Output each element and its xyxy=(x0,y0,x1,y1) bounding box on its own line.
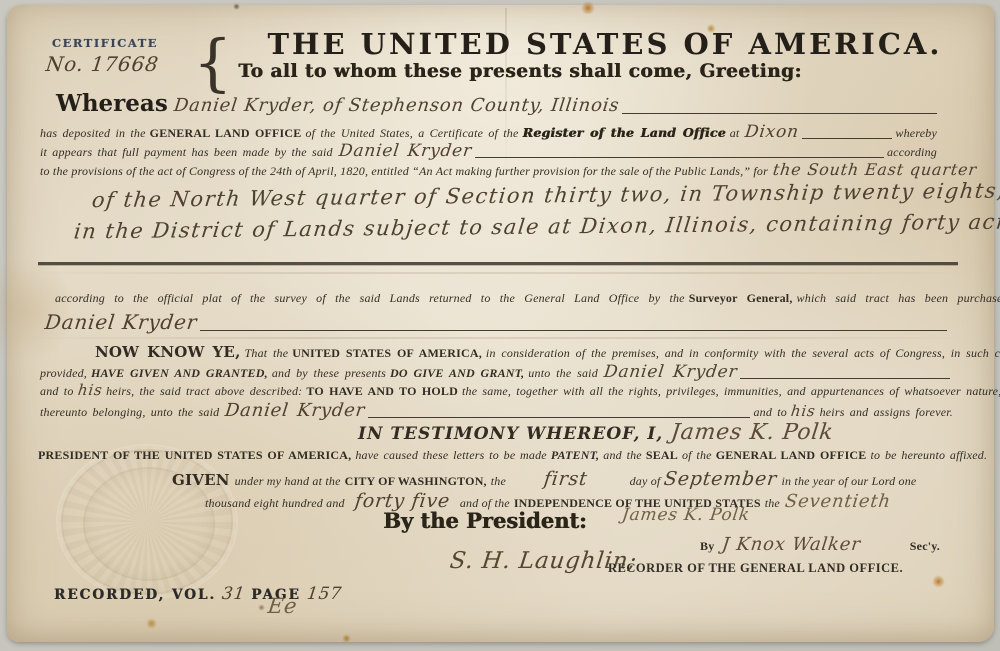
day-hw: first xyxy=(543,468,589,490)
fill-line xyxy=(740,378,950,379)
plat-line: according to the official plat of the su… xyxy=(55,291,950,306)
certificate-label-row: CERTIFICATE xyxy=(52,36,158,50)
text: whereby xyxy=(895,126,937,141)
text: and to xyxy=(753,405,787,420)
testimony-text: IN TESTIMONY WHEREOF, I, xyxy=(358,424,663,444)
fill-line xyxy=(475,157,884,158)
fill-line xyxy=(368,417,750,418)
text: of the xyxy=(682,448,712,463)
fill-line xyxy=(802,138,892,139)
text-bold: HAVE GIVEN AND GRANTED, xyxy=(91,366,268,381)
fill-line xyxy=(200,330,947,331)
payment-line: it appears that full payment has been ma… xyxy=(40,141,937,161)
text: thousand eight hundred and xyxy=(205,496,345,511)
whereas-line: Whereas Daniel Kryder, of Stephenson Cou… xyxy=(56,90,940,117)
certificate-label: CERTIFICATE xyxy=(52,36,158,50)
recorder-title-row: RECORDER OF THE GENERAL LAND OFFICE. xyxy=(608,561,903,576)
land-office-location-hw: Dixon xyxy=(744,122,800,142)
text: have caused these letters to be made xyxy=(355,448,546,463)
deposit-line: has deposited in the GENERAL LAND OFFICE… xyxy=(40,122,937,142)
grantee-hw: Daniel Kryder xyxy=(603,362,739,382)
text: at xyxy=(730,126,740,141)
his-hw: his xyxy=(790,402,817,420)
salutation-row: To all to whom these presents shall come… xyxy=(160,61,880,82)
text: That the xyxy=(245,346,289,361)
text-bold: DO GIVE AND GRANT, xyxy=(390,366,524,381)
fill-line xyxy=(622,113,937,114)
text: it appears that full payment has been ma… xyxy=(40,145,333,160)
text: thereunto belonging, unto the said xyxy=(40,405,219,420)
by-president-label: By the President: xyxy=(383,508,587,533)
polk-signature-row: James K. Polk xyxy=(622,505,750,525)
testimony-line: IN TESTIMONY WHEREOF, I, James K. Polk xyxy=(358,420,834,445)
text: in the year of our Lord one xyxy=(782,474,917,489)
polk-signature-hw: James K. Polk xyxy=(621,505,751,525)
text: which said tract has been purchased by t… xyxy=(797,291,1000,306)
page-number-hw: 157 xyxy=(306,584,343,604)
certificate-number: No. 17668 xyxy=(45,52,161,76)
recorded-label: RECORDED, VOL. xyxy=(54,587,216,603)
text: of the United States, a Certificate of t… xyxy=(305,126,518,141)
text-bold: CITY OF WASHINGTON, xyxy=(345,474,487,489)
text-bold: PRESIDENT OF THE UNITED STATES OF AMERIC… xyxy=(38,448,351,463)
certificate-number-row: No. 17668 xyxy=(46,52,159,76)
text: and to xyxy=(40,384,74,399)
secretary-title: Sec'y. xyxy=(910,539,940,554)
text-bold: PATENT, xyxy=(551,448,599,463)
provisions-line: to the provisions of the act of Congress… xyxy=(40,160,950,179)
secretary-row: By J Knox Walker Sec'y. xyxy=(700,534,940,555)
payer-name-hw: Daniel Kryder xyxy=(338,141,473,161)
grant-line-4: thereunto belonging, unto the said Danie… xyxy=(40,400,953,421)
recorder-title: RECORDER OF THE GENERAL LAND OFFICE. xyxy=(608,561,903,576)
text: and by these presents xyxy=(272,366,386,381)
text: the xyxy=(491,474,506,489)
text: to the provisions of the act of Congress… xyxy=(40,164,768,179)
text-bold: UNITED STATES OF AMERICA, xyxy=(292,346,482,361)
text: provided, xyxy=(40,366,87,381)
month-hw: September xyxy=(663,468,779,490)
text: in consideration of the premises, and in… xyxy=(486,346,1000,361)
text-bold: SEAL xyxy=(646,448,678,463)
plat-grantee-hw: Daniel Kryder xyxy=(44,310,199,334)
president-line: PRESIDENT OF THE UNITED STATES OF AMERIC… xyxy=(38,448,958,463)
given-line-1: GIVEN under my hand at the CITY OF WASHI… xyxy=(172,468,962,490)
section-divider-rule xyxy=(38,262,958,265)
title-row: THE UNITED STATES OF AMERICA. xyxy=(235,27,975,61)
president-name-hw: James K. Polk xyxy=(670,420,836,445)
text-bold: Register of the Land Office xyxy=(523,125,726,140)
grantee-hw: Daniel Kryder xyxy=(224,400,367,421)
text: the xyxy=(765,496,780,511)
text-bold: GENERAL LAND OFFICE xyxy=(150,126,302,141)
text: under my hand at the xyxy=(235,474,341,489)
flourish-row: Ee xyxy=(268,594,297,618)
tract-start-hw: the South East quarter xyxy=(772,160,978,179)
salutation: To all to whom these presents shall come… xyxy=(238,61,801,82)
by-president-row: By the President: xyxy=(383,508,587,533)
grantee-name-hw: Daniel Kryder, of Stephenson County, Ill… xyxy=(173,95,621,116)
text-bold: TO HAVE AND TO HOLD xyxy=(306,384,458,399)
text: according xyxy=(887,145,937,160)
by-label: By xyxy=(700,539,714,554)
plat-grantee-line: Daniel Kryder xyxy=(45,310,950,334)
whereas-label: Whereas xyxy=(56,90,168,117)
text: has deposited in the xyxy=(40,126,146,141)
independence-year-hw: Seventieth xyxy=(784,491,892,512)
text: and the xyxy=(603,448,642,463)
his-hw: his xyxy=(76,381,103,399)
grant-line-3: and to his heirs, the said tract above d… xyxy=(40,381,953,399)
volume-number-hw: 31 xyxy=(221,584,247,604)
text: heirs, the said tract above described: xyxy=(106,384,302,399)
grant-line-2: provided, HAVE GIVEN AND GRANTED, and by… xyxy=(40,362,953,382)
scanned-land-patent-document: CERTIFICATE No. 17668 { THE UNITED STATE… xyxy=(0,0,1000,651)
text: according to the official plat of the su… xyxy=(55,291,685,306)
text: day of xyxy=(630,474,661,489)
text: to be hereunto affixed. xyxy=(871,448,988,463)
text-bold: Surveyor General, xyxy=(689,291,793,306)
given-label: GIVEN xyxy=(172,471,230,489)
flourish-hw: Ee xyxy=(267,594,299,618)
grant-line-1: NOW KNOW YE, That the UNITED STATES OF A… xyxy=(95,343,953,361)
text: heirs and assigns forever. xyxy=(820,405,953,420)
text-bold: GENERAL LAND OFFICE xyxy=(716,448,867,463)
now-know-ye: NOW KNOW YE, xyxy=(95,343,241,361)
secretary-signature-hw: J Knox Walker xyxy=(721,534,862,555)
text: the same, together with all the rights, … xyxy=(462,384,1000,399)
document-title: THE UNITED STATES OF AMERICA. xyxy=(235,27,975,61)
text: unto the said xyxy=(528,366,598,381)
